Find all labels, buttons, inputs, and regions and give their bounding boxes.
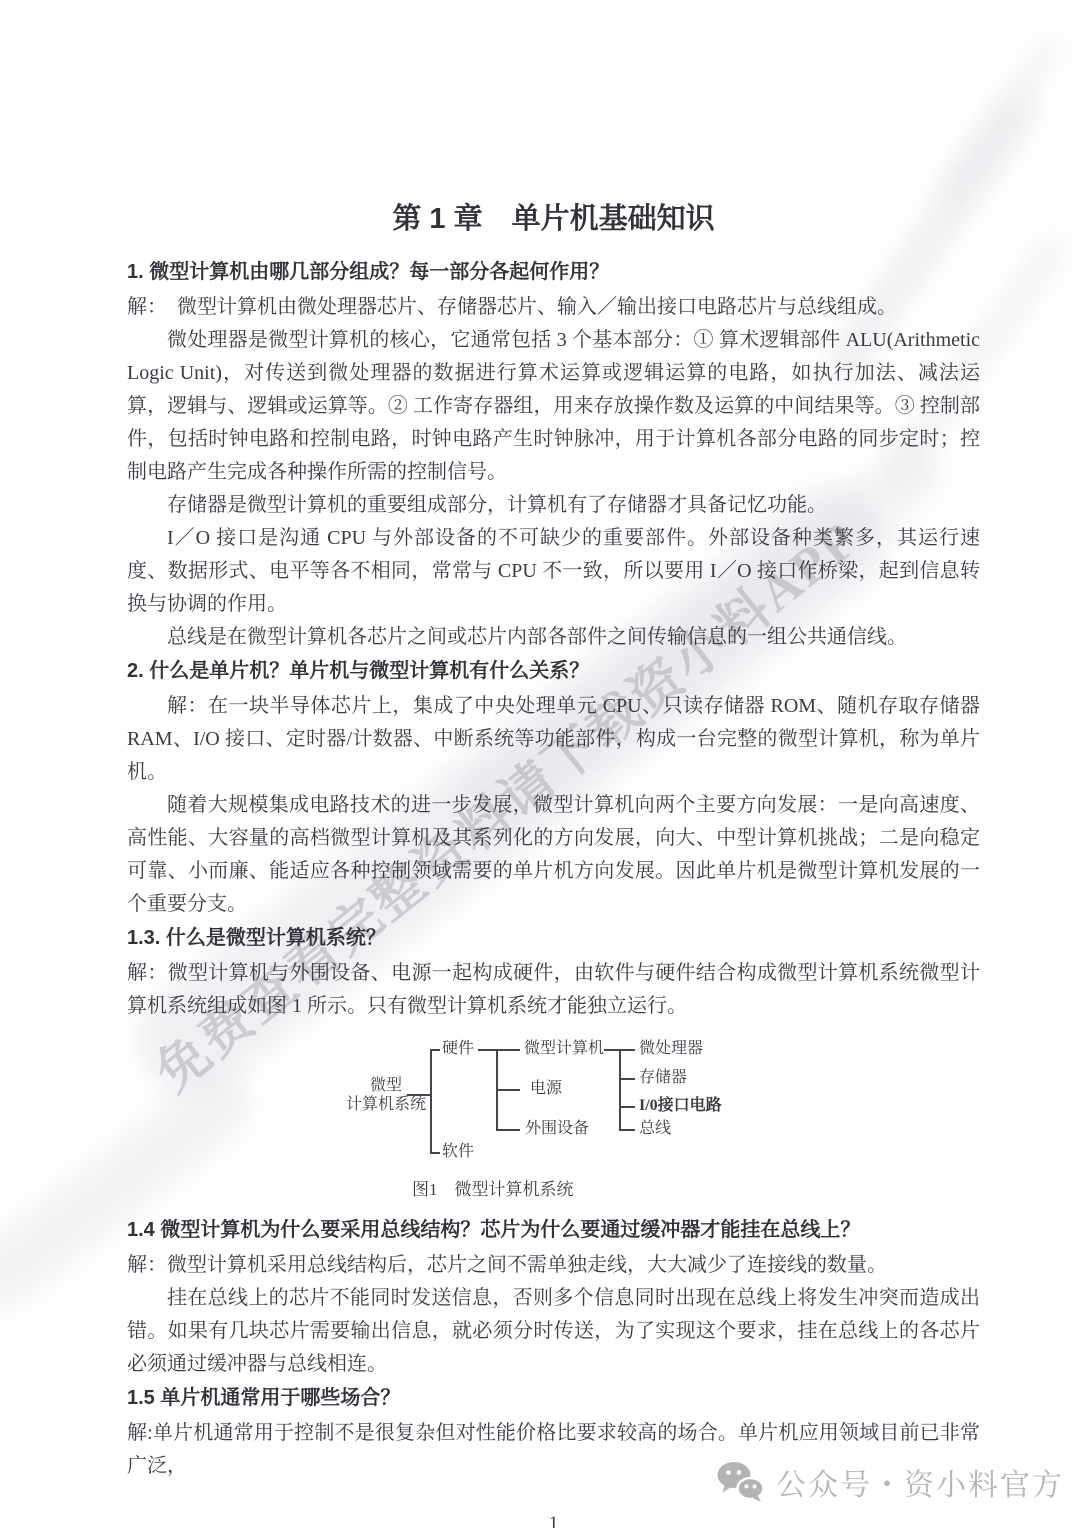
tree-node-microcomputer: 微型计算机 xyxy=(524,1040,604,1058)
paragraph: 解：在一块半导体芯片上，集成了中央处理单元 CPU、只读存储器 ROM、随机存取… xyxy=(127,690,980,789)
paragraph: 随着大规模集成电路技术的进一步发展，微型计算机向两个主要方向发展：一是向高速度、… xyxy=(127,789,980,921)
footer-badge: 公众号・资小料官方 xyxy=(716,1460,1064,1504)
page-number: 1 xyxy=(127,1513,980,1528)
tree-connector xyxy=(619,1106,635,1108)
figure-caption: 图1 微型计算机系统 xyxy=(412,1175,574,1200)
tree-connector xyxy=(619,1049,635,1051)
paragraph: 微处理器是微型计算机的核心，它通常包括 3 个基本部分：① 算术逻辑部件 ALU… xyxy=(127,324,980,489)
tree-connector xyxy=(619,1078,635,1080)
paragraph: 解：微型计算机与外围设备、电源一起构成硬件，由软件与硬件结合构成微型计算机系统微… xyxy=(127,957,980,1023)
footer-label: 公众号・资小料官方 xyxy=(776,1460,1064,1504)
figure-1: 微型 计算机系统 硬件 软件 微型计算机 电源 外围设备 xyxy=(127,1031,980,1207)
paragraph: 总线是在微型计算机各芯片之间或芯片内部各部件之间传输信息的一组公共通信线。 xyxy=(127,621,980,654)
tree-node-bus: 总线 xyxy=(639,1120,671,1138)
question-2-heading: 2. 什么是单片机？单片机与微型计算机有什么关系？ xyxy=(127,658,980,684)
tree-node-peripherals: 外围设备 xyxy=(525,1120,589,1138)
tree-root-line2: 计算机系统 xyxy=(346,1096,426,1113)
tree-connector xyxy=(478,1049,496,1051)
wechat-icon xyxy=(716,1461,766,1503)
tree-node-microprocessor: 微处理器 xyxy=(639,1040,703,1058)
chapter-title: 第 1 章 单片机基础知识 xyxy=(127,196,980,237)
tree-connector xyxy=(496,1049,520,1051)
question-1-5-heading: 1.5 单片机通常用于哪些场合？ xyxy=(127,1385,980,1411)
tree-node-hardware: 硬件 xyxy=(442,1040,474,1058)
tree-connector xyxy=(430,1049,440,1051)
tree-node-software: 软件 xyxy=(442,1143,474,1161)
tree-connector xyxy=(496,1089,520,1091)
tree-node-io-circuit: I/0接口电路 xyxy=(639,1097,722,1115)
tree-node-memory: 存储器 xyxy=(639,1069,687,1087)
tree-connector xyxy=(604,1049,619,1051)
paragraph: 解： 微型计算机由微处理器芯片、存储器芯片、输入／输出接口电路芯片与总线组成。 xyxy=(127,291,980,324)
question-1-heading: 1. 微型计算机由哪几部分组成？每一部分各起何作用？ xyxy=(127,259,980,285)
tree-connector xyxy=(430,1049,432,1154)
paragraph: I／O 接口是沟通 CPU 与外部设备的不可缺少的重要部件。外部设备种类繁多，其… xyxy=(127,522,980,621)
tree-connector xyxy=(619,1049,621,1131)
question-1-3-heading: 1.3. 什么是微型计算机系统？ xyxy=(127,925,980,951)
tree-connector xyxy=(407,1094,430,1096)
tree-node-power: 电源 xyxy=(530,1080,562,1098)
question-1-4-heading: 1.4 微型计算机为什么要采用总线结构？芯片为什么要通过缓冲器才能挂在总线上？ xyxy=(127,1217,980,1243)
paragraph: 解：微型计算机采用总线结构后，芯片之间不需单独走线，大大减少了连接线的数量。 xyxy=(127,1249,980,1282)
paragraph: 挂在总线上的芯片不能同时发送信息，否则多个信息同时出现在总线上将发生冲突而造成出… xyxy=(127,1282,980,1381)
tree-connector xyxy=(619,1129,635,1131)
page-content: 第 1 章 单片机基础知识 1. 微型计算机由哪几部分组成？每一部分各起何作用？… xyxy=(0,0,1080,1528)
tree-connector xyxy=(430,1152,440,1154)
tree-root-line1: 微型 xyxy=(370,1077,402,1094)
tree-connector xyxy=(496,1129,520,1131)
microcomputer-system-tree: 微型 计算机系统 硬件 软件 微型计算机 电源 外围设备 xyxy=(345,1031,745,1163)
paragraph: 存储器是微型计算机的重要组成部分，计算机有了存储器才具备记忆功能。 xyxy=(127,489,980,522)
document-page: 免费查看完整资料请下载资小料APP 第 1 章 单片机基础知识 1. 微型计算机… xyxy=(0,0,1080,1528)
